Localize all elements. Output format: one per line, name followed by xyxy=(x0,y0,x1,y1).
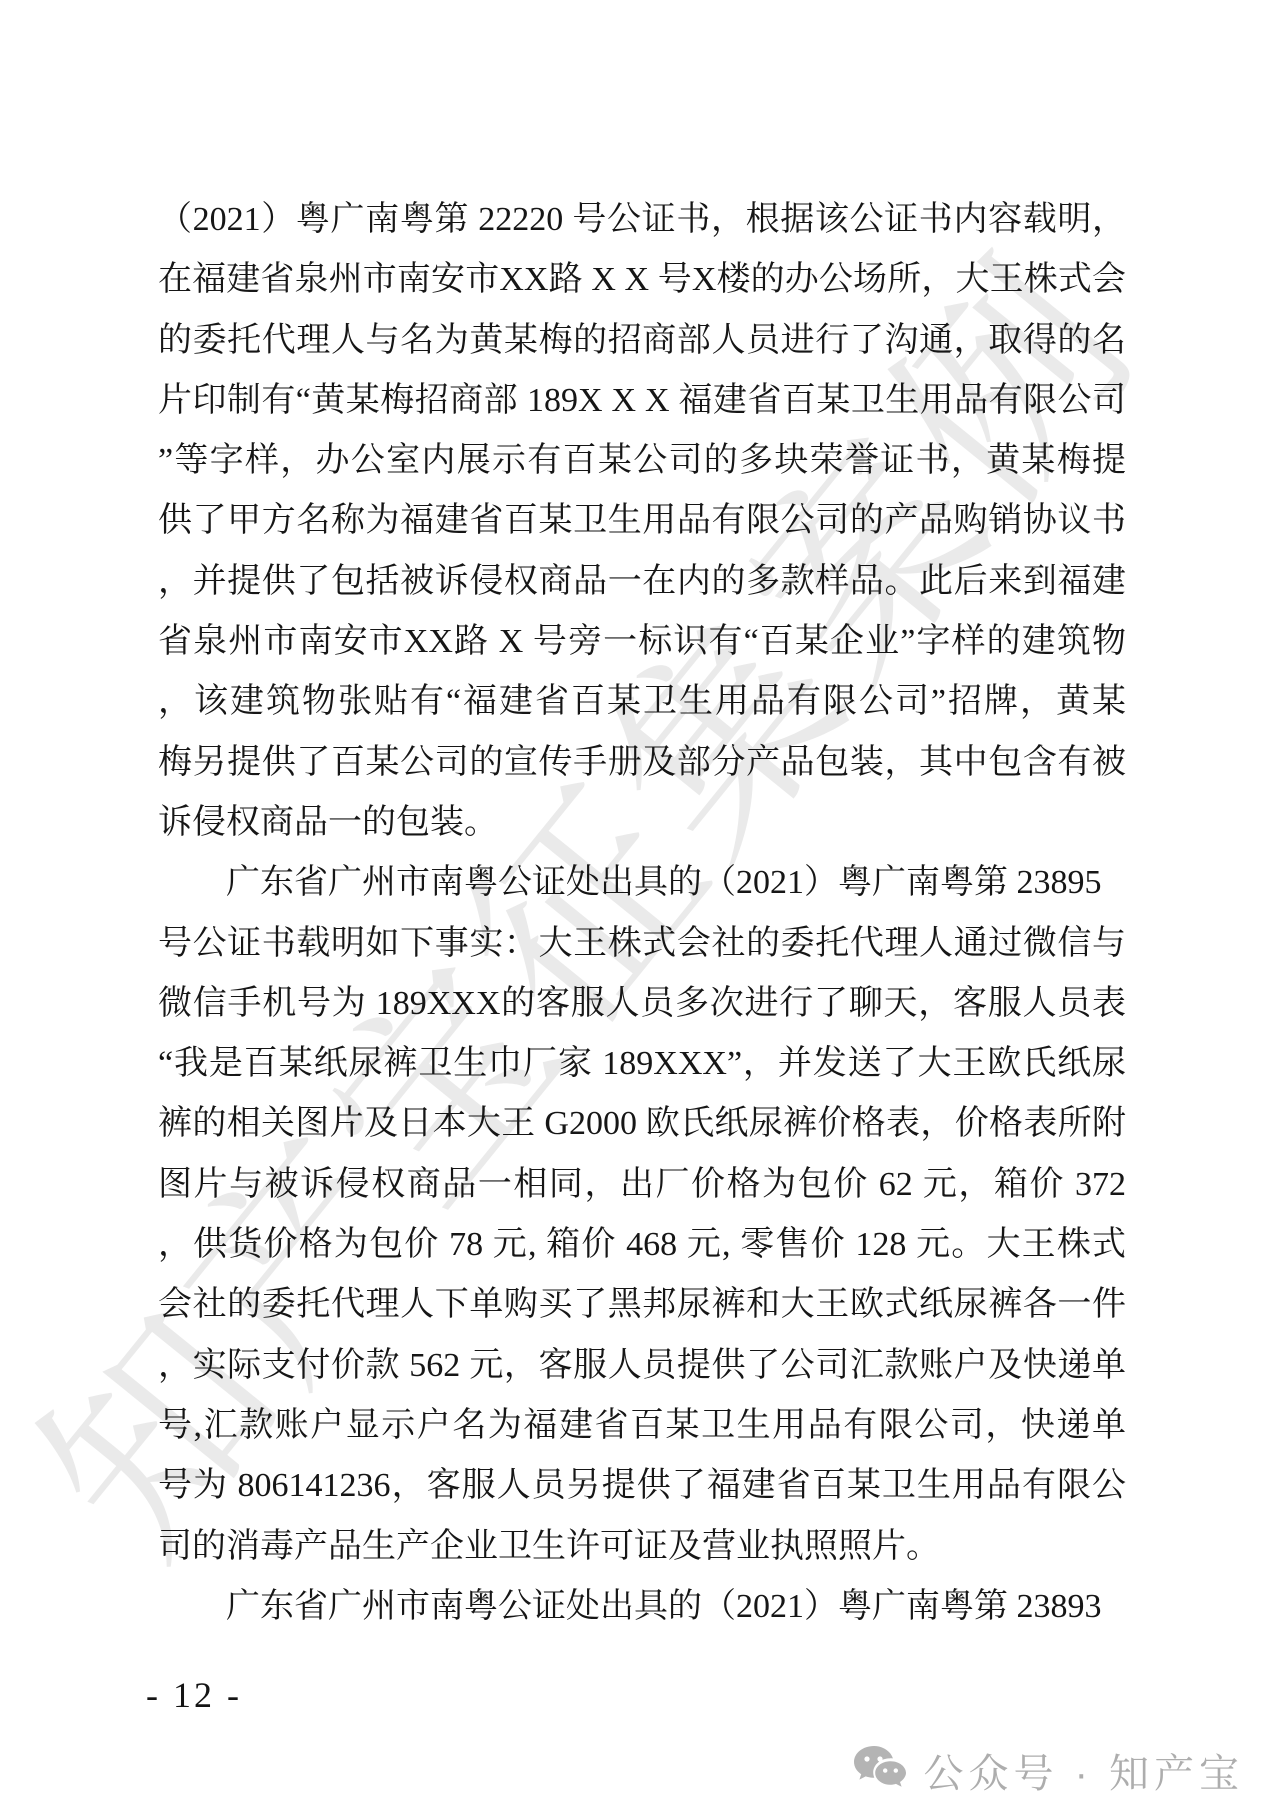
text-line: （2021）粤广南粤第 22220 号公证书，根据该公证书内容载明， xyxy=(158,190,1126,250)
text-line-paragraph-start: 广东省广州市南粤公证处出具的（2021）粤广南粤第 23893 xyxy=(158,1577,1126,1637)
text-line-paragraph-start: 广东省广州市南粤公证处出具的（2021）粤广南粤第 23895 xyxy=(158,853,1126,913)
text-line: ，该建筑物张贴有“福建省百某卫生用品有限公司”招牌，黄某 xyxy=(158,672,1126,732)
text-line-paragraph-end: 司的消毒产品生产企业卫生许可证及营业执照照片。 xyxy=(158,1517,1126,1577)
text-line: 梅另提供了百某公司的宣传手册及部分产品包装，其中包含有被 xyxy=(158,733,1126,793)
text-line: ”等字样，办公室内展示有百某公司的多块荣誉证书，黄某梅提 xyxy=(158,431,1126,491)
text-line: ，实际支付价款 562 元，客服人员提供了公司汇款账户及快递单 xyxy=(158,1336,1126,1396)
text-line: “我是百某纸尿裤卫生巾厂家 189XXX”，并发送了大王欧氏纸尿 xyxy=(158,1034,1126,1094)
text-line-paragraph-end: 诉侵权商品一的包装。 xyxy=(158,793,1126,853)
text-line: ，供货价格为包价 78 元, 箱价 468 元, 零售价 128 元。大王株式 xyxy=(158,1215,1126,1275)
text-line: 号,汇款账户显示户名为福建省百某卫生用品有限公司，快递单 xyxy=(158,1396,1126,1456)
text-line: 裤的相关图片及日本大王 G2000 欧氏纸尿裤价格表，价格表所附 xyxy=(158,1094,1126,1154)
text-line: 微信手机号为 189XXX的客服人员多次进行了聊天，客服人员表示 xyxy=(158,974,1126,1034)
text-line: 省泉州市南安市XX路 X 号旁一标识有“百某企业”字样的建筑物 xyxy=(158,612,1126,672)
document-page: { "page": { "background": "#ffffff", "te… xyxy=(0,0,1280,1810)
text-line: 号公证书载明如下事实：大王株式会社的委托代理人通过微信与 xyxy=(158,914,1126,974)
text-line: 供了甲方名称为福建省百某卫生用品有限公司的产品购销协议书 xyxy=(158,491,1126,551)
wechat-icon xyxy=(853,1745,909,1797)
text-line: ，并提供了包括被诉侵权商品一在内的多款样品。此后来到福建 xyxy=(158,552,1126,612)
text-line: 号为 806141236，客服人员另提供了福建省百某卫生用品有限公 xyxy=(158,1456,1126,1516)
text-line: 片印制有“黄某梅招商部 189X X X 福建省百某卫生用品有限公司 xyxy=(158,371,1126,431)
brand-label: 公众号 · 知产宝 xyxy=(923,1742,1244,1799)
text-line: 在福建省泉州市南安市XX路 X X 号X楼的办公场所，大王株式会社 xyxy=(158,250,1126,310)
brand-footer: 公众号 · 知产宝 xyxy=(853,1742,1244,1799)
text-line: 会社的委托代理人下单购买了黑邦尿裤和大王欧式纸尿裤各一件 xyxy=(158,1275,1126,1335)
text-line: 的委托代理人与名为黄某梅的招商部人员进行了沟通，取得的名 xyxy=(158,311,1126,371)
page-number: - 12 - xyxy=(146,1674,242,1716)
document-body: （2021）粤广南粤第 22220 号公证书，根据该公证书内容载明， 在福建省泉… xyxy=(158,190,1126,1637)
text-line: 图片与被诉侵权商品一相同，出厂价格为包价 62 元，箱价 372 元 xyxy=(158,1155,1126,1215)
